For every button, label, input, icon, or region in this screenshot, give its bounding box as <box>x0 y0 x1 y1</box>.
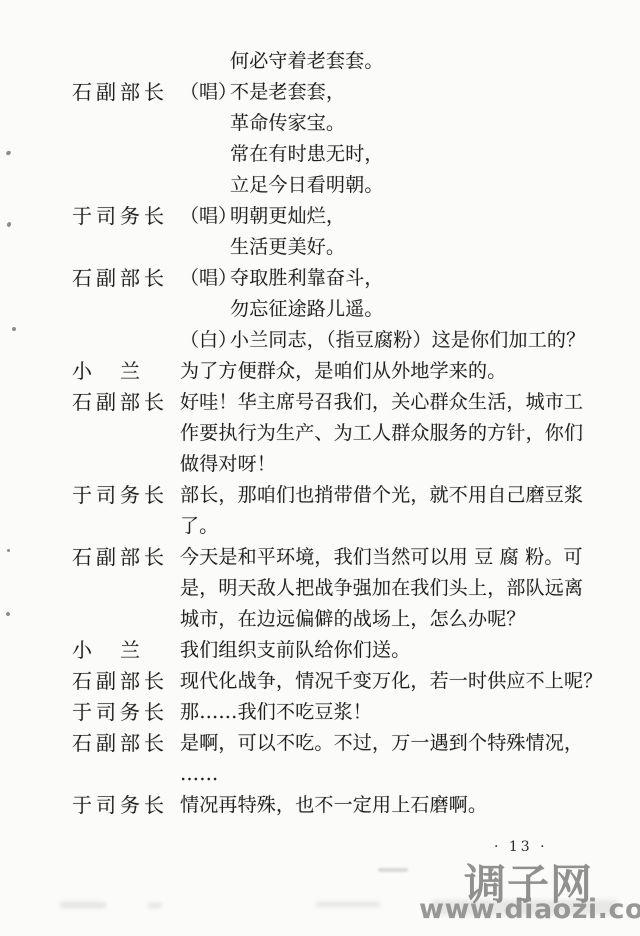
line-text: 常在有时患无时， <box>230 143 384 165</box>
line-text: 作要执行为生产、为工人群众服务的方针，你们 <box>180 422 583 444</box>
speaker-name: 石副部长 <box>72 77 180 108</box>
script-line: 于司务长（唱）明朝更灿烂， <box>0 201 640 232</box>
script-line: 立足今日看明朝。 <box>0 170 640 201</box>
line-text: 了。 <box>180 515 218 537</box>
speaker-name: 于司务长 <box>72 201 180 232</box>
speaker-name: 于司务长 <box>72 790 180 821</box>
scan-speck <box>7 549 10 552</box>
line-text: 立足今日看明朝。 <box>230 174 384 196</box>
line-text: 现代化战争，情况千变万化，若一时供应不上呢？ <box>180 670 602 692</box>
line-text: 好哇！华主席号召我们，关心群众生活，城市工 <box>180 391 583 413</box>
line-text: 明朝更灿烂， <box>230 205 345 227</box>
line-text: 城市，在边远偏僻的战场上，怎么办呢？ <box>180 608 526 630</box>
speaker-name: 小 兰 <box>72 635 180 666</box>
script-line: 了。 <box>0 511 640 542</box>
speaker-name: 石副部长 <box>72 666 180 697</box>
script-line: 石副部长（唱）夺取胜利靠奋斗， <box>0 263 640 294</box>
faint-smudge <box>316 902 380 907</box>
script-line: 小 兰为了方便群众，是咱们从外地学来的。 <box>0 356 640 387</box>
script-line: 做得对呀！ <box>0 449 640 480</box>
script-line: 常在有时患无时， <box>0 139 640 170</box>
script-line: 勿忘征途路儿遥。 <box>0 294 640 325</box>
script-body: 何必守着老套套。石副部长（唱）不是老套套，革命传家宝。常在有时患无时，立足今日看… <box>0 46 640 821</box>
script-line: 石副部长是啊，可以不吃。不过，万一遇到个特殊情况， <box>0 728 640 759</box>
script-line: 石副部长今天是和平环境，我们当然可以用 豆 腐 粉。可 <box>0 542 640 573</box>
script-line: 石副部长（唱）不是老套套， <box>0 77 640 108</box>
faint-smudge <box>60 902 106 908</box>
line-text: 部长，那咱们也捎带借个光，就不用自己磨豆浆 <box>180 484 583 506</box>
line-text: 勿忘征途路儿遥。 <box>230 298 384 320</box>
script-line: 于司务长那……我们不吃豆浆！ <box>0 697 640 728</box>
script-line: 是，明天敌人把战争强加在我们头上，部队远离 <box>0 573 640 604</box>
scan-speck <box>12 327 16 331</box>
line-text: 今天是和平环境，我们当然可以用 豆 腐 粉。可 <box>180 546 583 568</box>
script-line: 生活更美好。 <box>0 232 640 263</box>
line-text: 不是老套套， <box>230 81 345 103</box>
line-text: 做得对呀！ <box>180 453 276 475</box>
line-text: 何必守着老套套。 <box>230 50 384 72</box>
line-text: 小兰同志，（指豆腐粉）这是你们加工的？ <box>230 329 585 351</box>
speaker-name: 于司务长 <box>72 697 180 728</box>
faint-smudge <box>378 868 408 872</box>
stage-cue: （白） <box>180 325 230 356</box>
line-text: 是啊，可以不吃。不过，万一遇到个特殊情况， <box>180 732 583 754</box>
speaker-name: 石副部长 <box>72 387 180 418</box>
line-text: …… <box>180 763 218 785</box>
line-text: 是，明天敌人把战争强加在我们头上，部队远离 <box>180 577 583 599</box>
line-text: 我们组织支前队给你们送。 <box>180 639 410 661</box>
stage-cue: （唱） <box>180 77 230 108</box>
faint-smudge <box>148 903 162 908</box>
script-line: 城市，在边远偏僻的战场上，怎么办呢？ <box>0 604 640 635</box>
line-text: 革命传家宝。 <box>230 112 345 134</box>
speaker-name: 小 兰 <box>72 356 180 387</box>
script-line: 于司务长部长，那咱们也捎带借个光，就不用自己磨豆浆 <box>0 480 640 511</box>
speaker-name: 石副部长 <box>72 728 180 759</box>
script-line: 何必守着老套套。 <box>0 46 640 77</box>
script-line: 作要执行为生产、为工人群众服务的方针，你们 <box>0 418 640 449</box>
script-line: …… <box>0 759 640 790</box>
script-line: （白）小兰同志，（指豆腐粉）这是你们加工的？ <box>0 325 640 356</box>
scanned-script-page: 何必守着老套套。石副部长（唱）不是老套套，革命传家宝。常在有时患无时，立足今日看… <box>0 0 640 936</box>
script-line: 小 兰我们组织支前队给你们送。 <box>0 635 640 666</box>
script-line: 石副部长好哇！华主席号召我们，关心群众生活，城市工 <box>0 387 640 418</box>
line-text: 夺取胜利靠奋斗， <box>230 267 384 289</box>
line-text: 情况再特殊，也不一定用上石磨啊。 <box>180 794 487 816</box>
line-text: 生活更美好。 <box>230 236 345 258</box>
script-line: 于司务长情况再特殊，也不一定用上石磨啊。 <box>0 790 640 821</box>
stage-cue: （唱） <box>180 263 230 294</box>
script-line: 革命传家宝。 <box>0 108 640 139</box>
line-text: 为了方便群众，是咱们从外地学来的。 <box>180 360 506 382</box>
line-text: 那……我们不吃豆浆！ <box>180 701 372 723</box>
stage-cue: （唱） <box>180 201 230 232</box>
watermark-site-url: www.diaozi.com <box>419 894 640 925</box>
speaker-name: 石副部长 <box>72 542 180 573</box>
speaker-name: 石副部长 <box>72 263 180 294</box>
script-line: 石副部长现代化战争，情况千变万化，若一时供应不上呢？ <box>0 666 640 697</box>
speaker-name: 于司务长 <box>72 480 180 511</box>
